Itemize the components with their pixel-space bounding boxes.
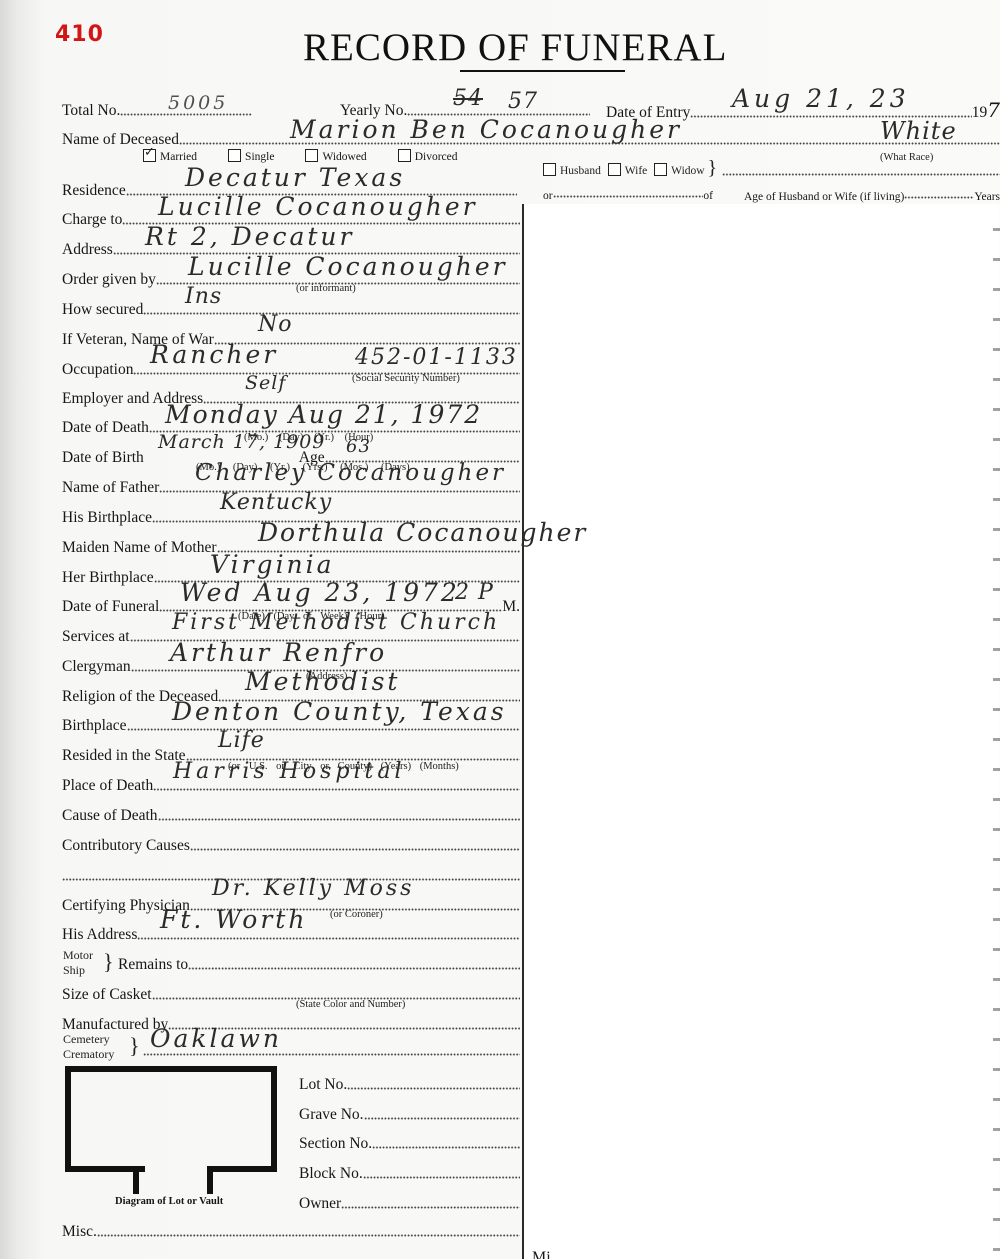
contributory-causes-field: Contributory Causes	[62, 833, 520, 855]
cemetery-value: Oaklawn	[150, 1024, 282, 1053]
address-value: Rt 2, Decatur	[145, 222, 354, 251]
birthplace-value: Denton County, Texas	[172, 697, 507, 726]
funeral-record-page: 410 RECORD OF FUNERAL Total No. 5005 Yea…	[0, 0, 1000, 1259]
funeral-hour-value: 2 P	[455, 580, 494, 605]
name-of-deceased-value: Marion Ben Cocanougher	[290, 115, 682, 144]
motor-ship-prefix: Motor Ship	[63, 948, 93, 978]
marital-status-group: Married Single Widowed Divorced	[143, 149, 457, 163]
cemetery-crematory-prefix: Cemetery Crematory	[63, 1032, 114, 1062]
veteran-war-value: No	[258, 312, 293, 337]
lot-diagram-box	[65, 1066, 277, 1172]
checkbox-icon[interactable]	[228, 149, 241, 162]
religion-value: Methodist	[245, 667, 400, 696]
lot-no-field: Lot No.	[299, 1072, 520, 1094]
checkbox-icon[interactable]	[654, 163, 667, 176]
mother-birthplace-value: Virginia	[210, 550, 335, 579]
checkbox-icon[interactable]	[608, 163, 621, 176]
lot-diagram-edge	[207, 1166, 277, 1172]
spouse-name-line	[722, 158, 1000, 180]
mother-maiden-name-value: Dorthula Cocanougher	[258, 518, 587, 547]
spouse-age-field: Age of Husband or Wife (if living)Years	[744, 181, 1000, 203]
social-security-number-value: 452-01-1133	[355, 345, 518, 370]
block-no-field: Block No.	[299, 1161, 520, 1183]
physician-address-value: Ft. Worth	[160, 905, 307, 934]
date-of-death-value: Monday Aug 21, 1972	[165, 400, 482, 429]
informant-caption: (or informant)	[296, 283, 356, 294]
checkbox-icon[interactable]	[305, 149, 318, 162]
brace-icon: }	[707, 157, 717, 179]
brace-icon: }	[129, 1032, 140, 1060]
age-value: 63	[346, 436, 371, 457]
casket-caption: (State Color and Number)	[296, 999, 405, 1010]
how-secured-value: Ins	[185, 284, 222, 309]
grave-no-field: Grave No.	[299, 1102, 520, 1124]
race-value: White	[880, 117, 957, 145]
father-birthplace-value: Kentucky	[220, 490, 332, 515]
employer-value: Self	[245, 372, 286, 394]
lot-diagram-post	[133, 1166, 139, 1194]
total-no-value: 5005	[168, 92, 228, 114]
size-of-casket-field: Size of Casket	[62, 982, 520, 1004]
brace-icon: }	[103, 948, 114, 976]
misc-field: Misc.	[62, 1219, 520, 1241]
yearly-no-struck-value: 54	[453, 86, 483, 111]
checkbox-icon[interactable]	[398, 149, 411, 162]
spouse-options: Husband Wife Widow }	[543, 163, 717, 177]
date-of-entry-value: Aug 21, 23	[732, 84, 910, 113]
checkbox-checked-icon[interactable]	[143, 149, 156, 162]
charge-to-value: Lucille Cocanougher	[158, 192, 478, 221]
page-title: RECORD OF FUNERAL	[303, 25, 727, 70]
marital-married[interactable]: Married	[143, 149, 197, 163]
marital-divorced[interactable]: Divorced	[398, 149, 458, 163]
place-of-death-value: Harris Hospital	[173, 759, 406, 784]
blank-right-panel	[522, 204, 998, 1259]
section-no-field: Section No.	[299, 1131, 520, 1153]
manufactured-by-field: Manufactured by	[62, 1012, 520, 1034]
services-at-value: First Methodist Church	[172, 610, 500, 635]
checkbox-icon[interactable]	[543, 163, 556, 176]
occupation-value: Rancher	[150, 340, 278, 369]
spouse-wife[interactable]: Wife	[608, 165, 648, 177]
father-name-value: Charley Cocanougher	[195, 460, 506, 486]
cause-of-death-field: Cause of Death	[62, 803, 520, 825]
record-stamp-number: 410	[55, 22, 104, 47]
spouse-or-of-field: orof	[543, 180, 713, 202]
marital-widowed[interactable]: Widowed	[305, 149, 366, 163]
ssn-caption: (Social Security Number)	[352, 373, 460, 384]
coroner-caption: (or Coroner)	[330, 909, 383, 920]
lot-diagram-caption: Diagram of Lot or Vault	[115, 1196, 223, 1207]
title-underline	[460, 70, 625, 72]
remains-to-field: Remains to	[118, 952, 520, 974]
certifying-physician-value: Dr. Kelly Moss	[212, 876, 414, 901]
order-given-by-value: Lucille Cocanougher	[188, 252, 508, 281]
right-misc-label: Mi	[532, 1249, 551, 1259]
owner-field: Owner	[299, 1191, 520, 1213]
date-of-funeral-value: Wed Aug 23, 1972	[180, 578, 460, 607]
clergyman-value: Arthur Renfro	[170, 638, 387, 667]
spouse-widow[interactable]: Widow	[654, 165, 704, 177]
adjacent-page-edge	[993, 204, 1000, 1259]
resided-in-state-value: Life	[218, 728, 265, 753]
marital-single[interactable]: Single	[228, 149, 274, 163]
date-of-birth-value: March 17, 1909	[158, 431, 325, 453]
lot-diagram-post	[207, 1166, 213, 1194]
spouse-husband[interactable]: Husband	[543, 165, 601, 177]
yearly-no-value: 57	[508, 89, 538, 114]
residence-value: Decatur Texas	[185, 163, 405, 192]
